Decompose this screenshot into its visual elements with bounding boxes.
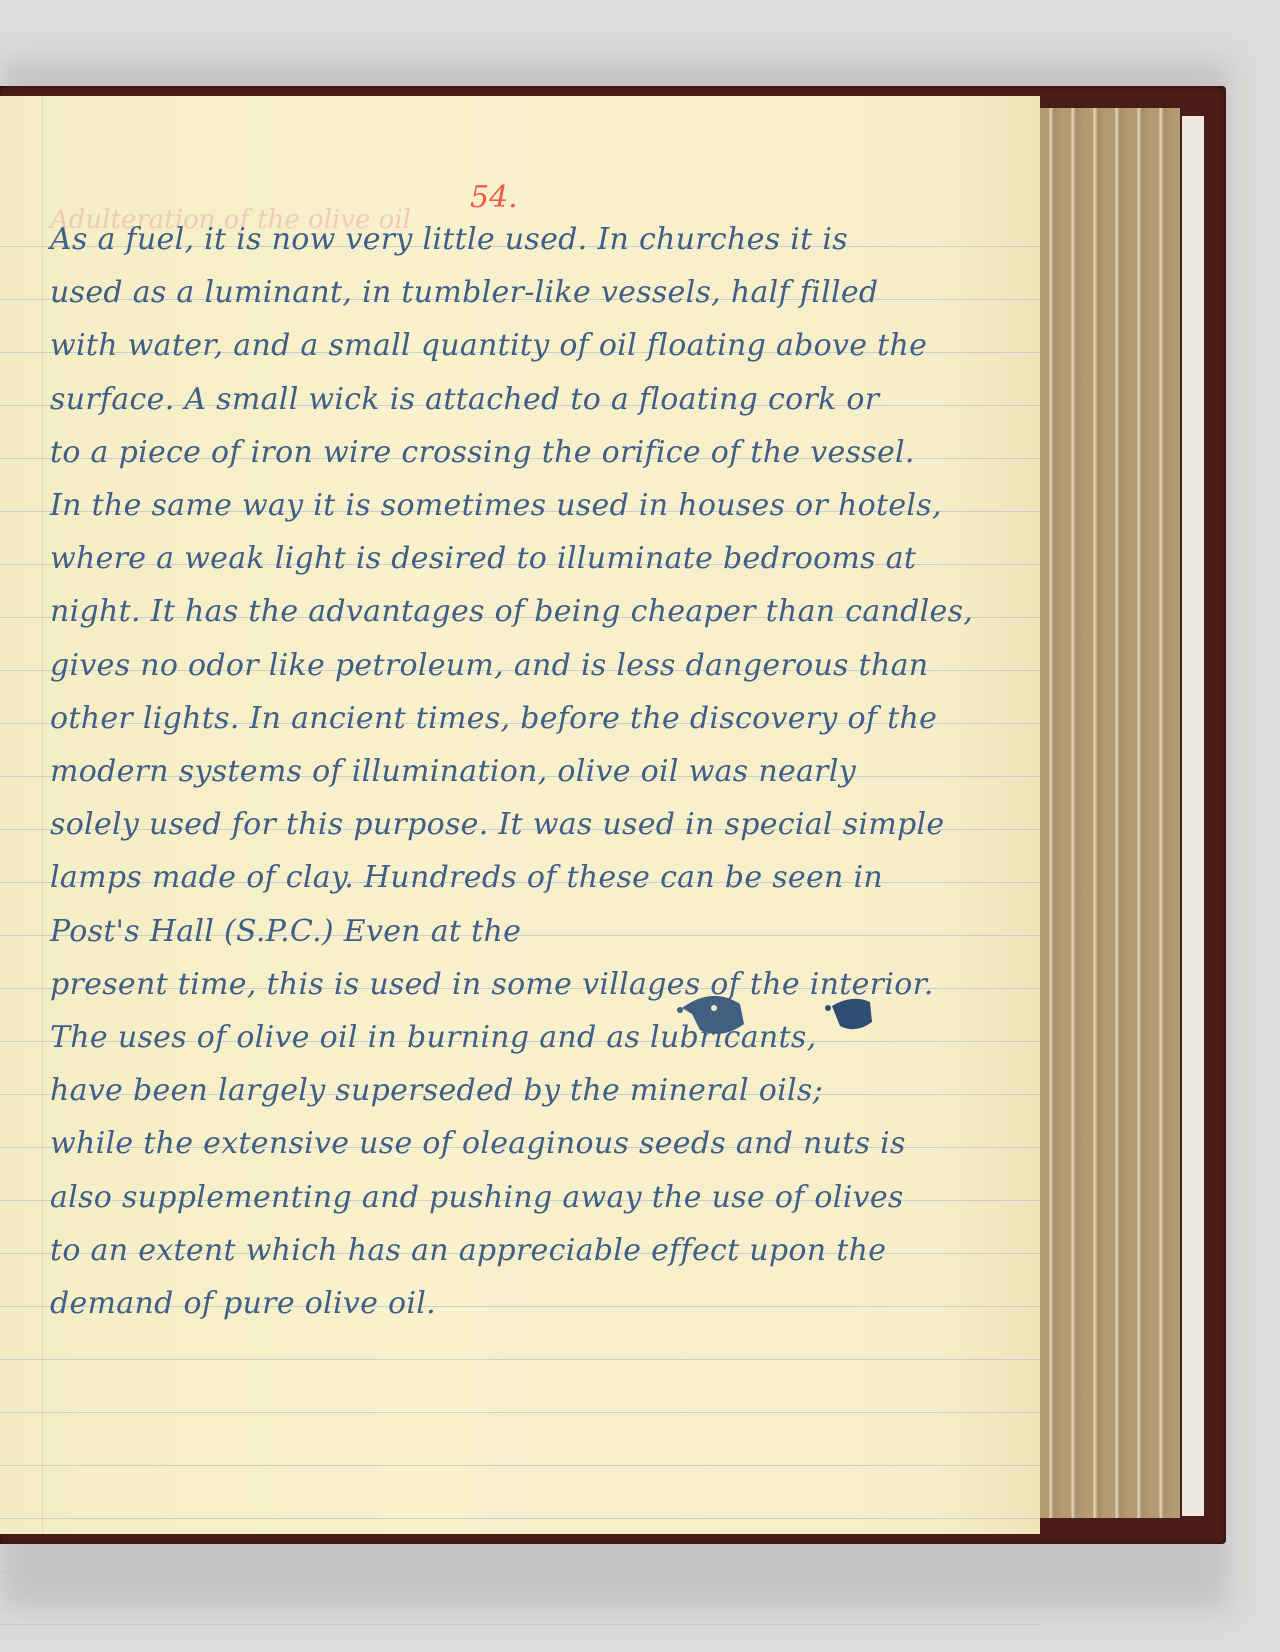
text-line: demand of pure olive oil. [50, 1286, 436, 1321]
text-line: while the extensive use of oleaginous se… [50, 1126, 906, 1161]
page-edges [1040, 108, 1180, 1518]
text-line: As a fuel, it is now very little used. I… [50, 222, 848, 257]
ruled-line [0, 1624, 1040, 1625]
text-line: lamps made of clay. Hundreds of these ca… [50, 860, 883, 895]
text-line: surface. A small wick is attached to a f… [50, 382, 879, 417]
text-line: Post's Hall (S.P.C.) Even at the [50, 914, 521, 949]
text-line: modern systems of illumination, olive oi… [50, 754, 856, 789]
text-line: have been largely superseded by the mine… [50, 1073, 823, 1108]
text-line: present time, this is used in some villa… [50, 967, 934, 1002]
text-line: to an extent which has an appreciable ef… [50, 1233, 886, 1268]
page-margin-line [42, 96, 43, 1534]
text-line: gives no odor like petroleum, and is les… [50, 648, 928, 683]
flyleaf [1182, 116, 1204, 1516]
text-line: In the same way it is sometimes used in … [50, 488, 942, 523]
text-line: to a piece of iron wire crossing the ori… [50, 435, 915, 470]
text-line: with water, and a small quantity of oil … [50, 328, 927, 363]
ruled-line [0, 1465, 1040, 1466]
text-line: also supplementing and pushing away the … [50, 1180, 904, 1215]
clay-oil-lamp-sketch-small [822, 990, 882, 1040]
ruled-line [0, 1412, 1040, 1413]
text-line: other lights. In ancient times, before t… [50, 701, 937, 736]
page-number: 54. [470, 180, 518, 215]
text-line: where a weak light is desired to illumin… [50, 541, 916, 576]
ruled-line [0, 1571, 1040, 1572]
ruled-line [0, 1518, 1040, 1519]
ruled-line [0, 1359, 1040, 1360]
text-line: night. It has the advantages of being ch… [50, 594, 973, 629]
text-line: used as a luminant, in tumbler-like vess… [50, 275, 878, 310]
text-line: solely used for this purpose. It was use… [50, 807, 944, 842]
clay-oil-lamp-sketch [672, 990, 762, 1040]
